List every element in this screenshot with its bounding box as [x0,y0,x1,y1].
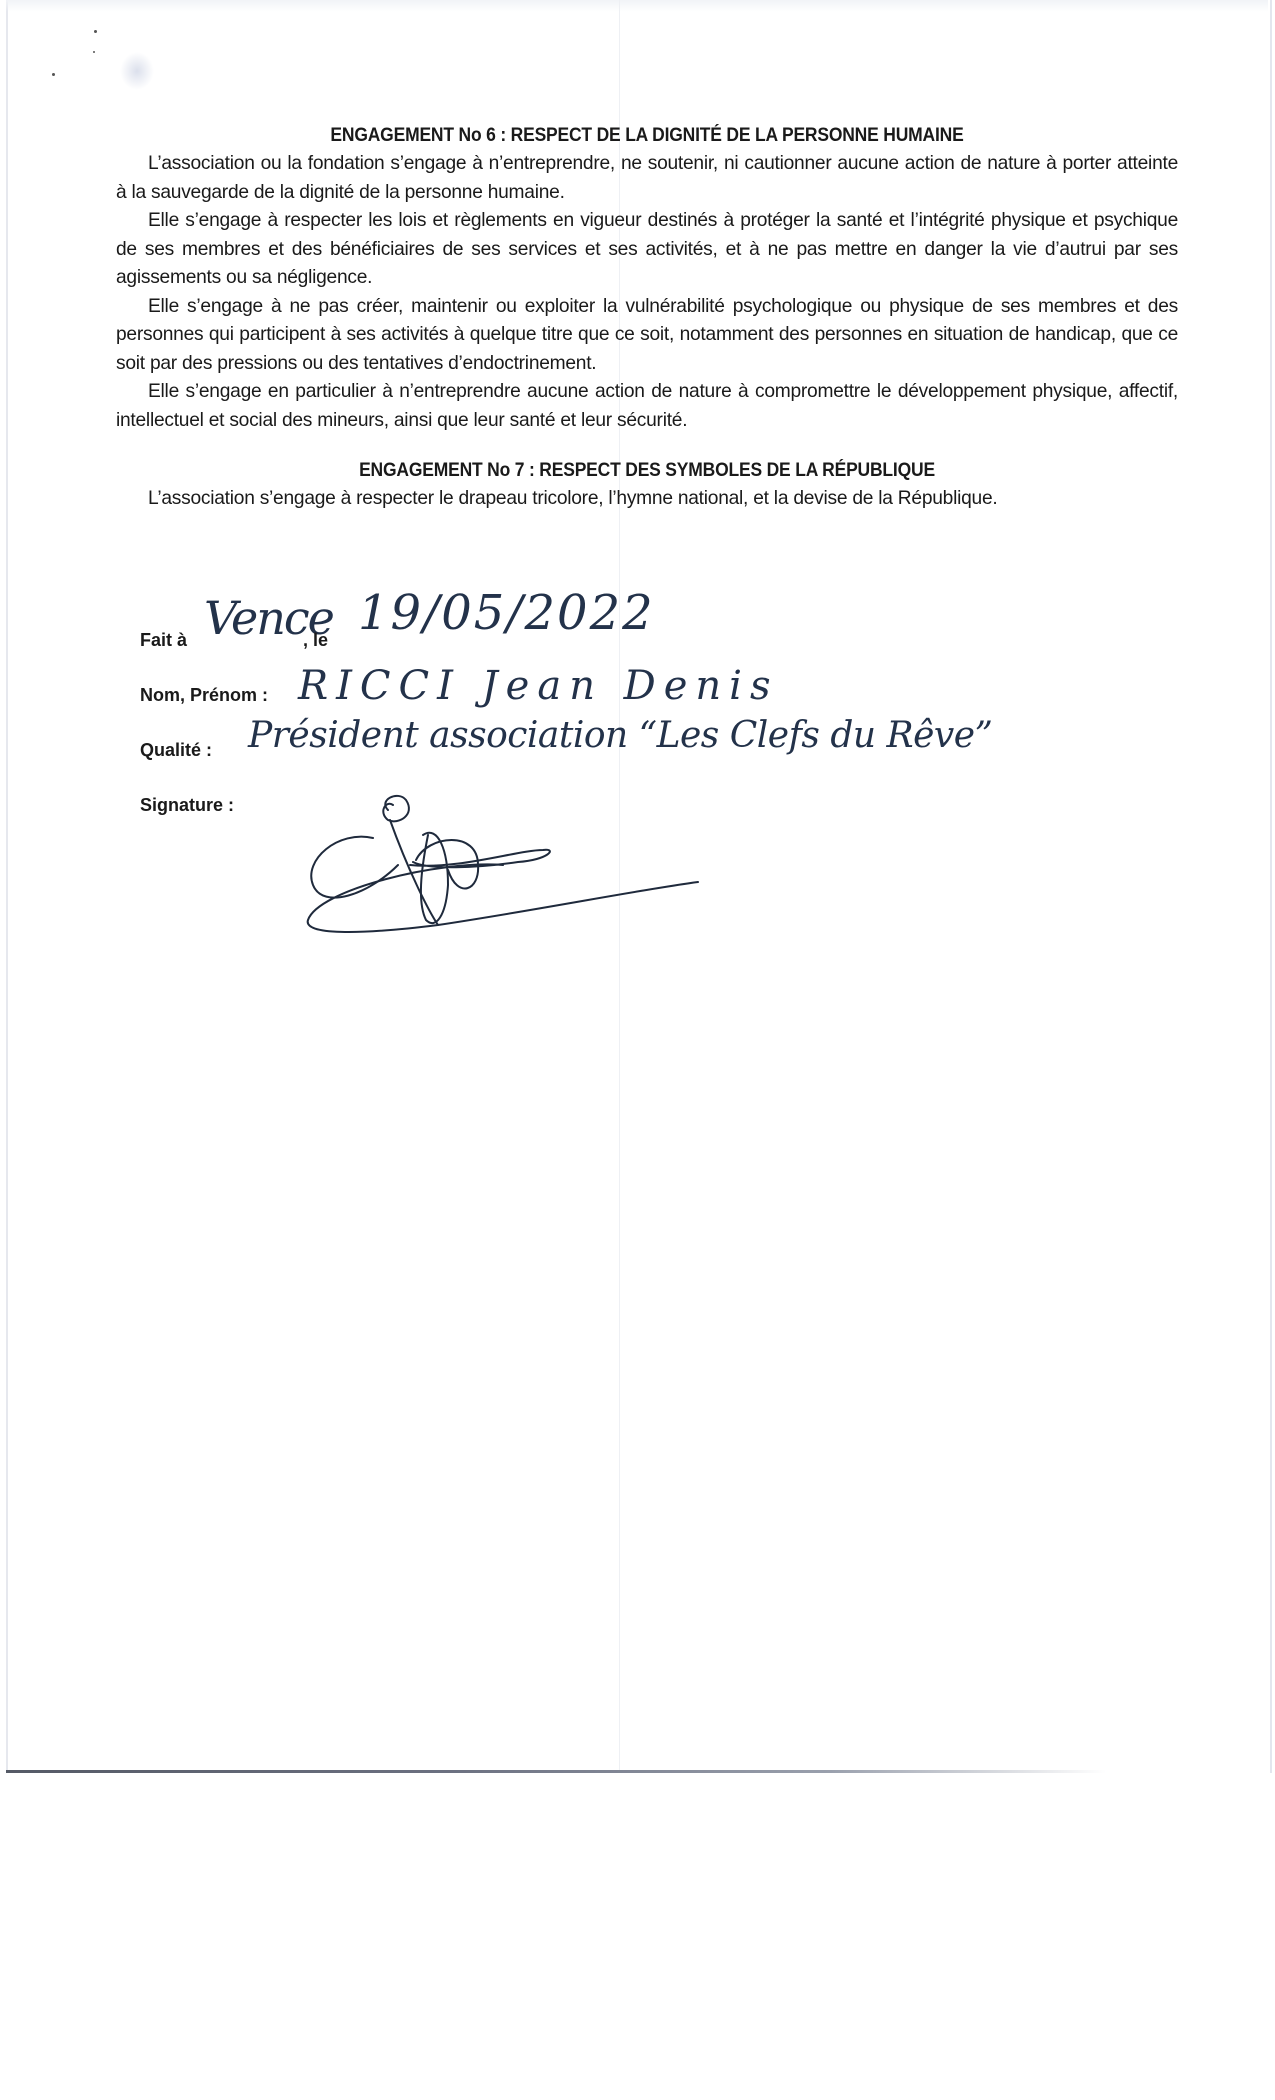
document-body: ENGAGEMENT No 6 : RESPECT DE LA DIGNITÉ … [116,122,1178,514]
signature-form: Fait à Vence , le 19/05/2022 Nom, Prénom… [138,585,1138,945]
scan-top-shadow [6,0,1268,12]
engagement-7-paragraph-1: L’association s’engage à respecter le dr… [116,485,1178,514]
place-label: Fait à [140,630,187,651]
engagement-7-heading: ENGAGEMENT No 7 : RESPECT DES SYMBOLES D… [158,457,1135,485]
signature-label: Signature : [140,795,234,816]
engagement-6-paragraph-4: Elle s’engage en particulier à n’entrepr… [116,378,1178,435]
engagement-6-paragraph-1: L’association ou la fondation s’engage à… [116,150,1178,207]
engagement-6-section: ENGAGEMENT No 6 : RESPECT DE LA DIGNITÉ … [116,122,1178,435]
role-value-handwritten: Président association “Les Clefs du Rêve… [248,715,992,756]
engagement-7-section: ENGAGEMENT No 7 : RESPECT DES SYMBOLES D… [116,457,1178,514]
scan-speck [93,51,95,53]
handwritten-signature-icon [278,790,738,940]
name-value-handwritten: RICCI Jean Denis [298,663,779,709]
name-label: Nom, Prénom : [140,685,268,706]
scan-speck [52,73,55,76]
date-label: , le [303,630,328,651]
engagement-6-paragraph-3: Elle s’engage à ne pas créer, maintenir … [116,293,1178,379]
role-label: Qualité : [140,740,212,761]
engagement-6-paragraph-2: Elle s’engage à respecter les lois et rè… [116,207,1178,293]
engagement-6-heading: ENGAGEMENT No 6 : RESPECT DE LA DIGNITÉ … [158,122,1135,150]
date-value-handwritten: 19/05/2022 [358,585,655,641]
scan-smudge [120,52,154,90]
scan-speck [94,30,97,33]
page-bottom-edge [6,1770,1106,1773]
